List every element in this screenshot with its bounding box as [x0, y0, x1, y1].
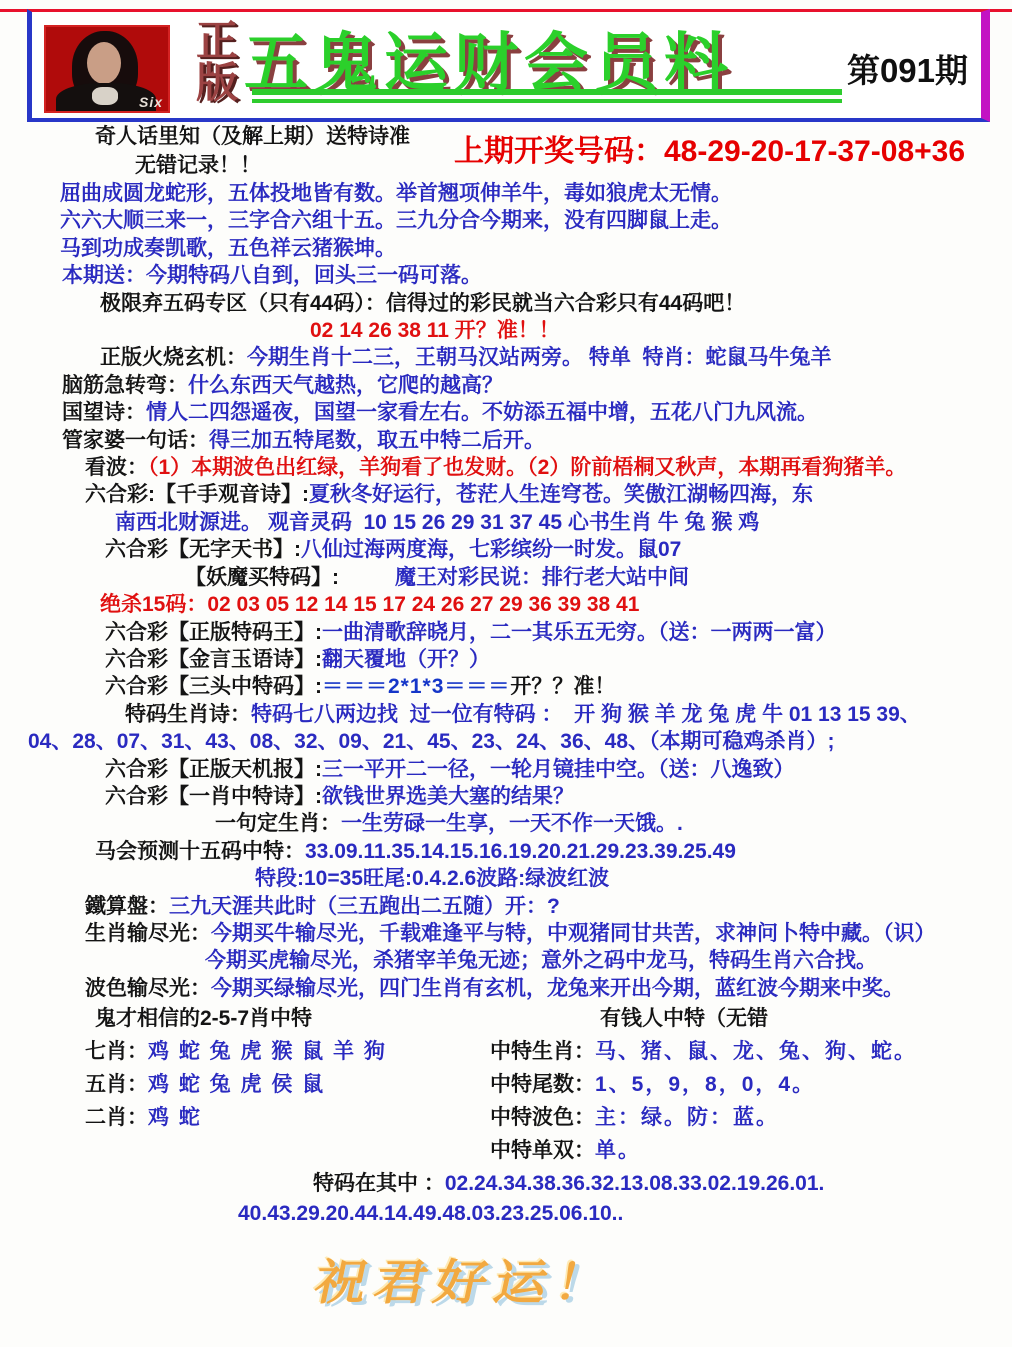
line-label: 六合彩【正版天机报】: [105, 758, 322, 781]
bose-shujinguang-line: 波色输尽光：今期买绿输尽光，四门生肖有玄机，龙兔来开出今期，蓝红波今期来中奖。 [85, 975, 1012, 1002]
row-text: 鸡 蛇 [148, 1106, 202, 1129]
santou-tema-line: 六合彩【三头中特码】:＝＝＝2*1*3＝＝＝开？？准！ [105, 673, 1012, 700]
shujinguang-line-2: 今期买虎输尽光，杀猪宰羊兔无迹；意外之码中龙马，特码生肖六合找。 [205, 947, 1012, 974]
line-text: 欲钱世界选美大塞的结果？ [322, 785, 574, 808]
line-label: 马会预测十五码中特： [95, 840, 305, 863]
zhongte-weishu-row: 中特尾数：1、5，9，8，0，4。 [490, 1071, 917, 1098]
host-photo: Six [44, 25, 170, 113]
line-label: 六合彩【三头中特码】: [105, 675, 322, 698]
line-label: 鐵算盤： [85, 895, 169, 918]
intro-left-block: 奇人话里知（及解上期）送特诗准 无错记录！！ [0, 122, 432, 180]
line-text: 一生劳碌一生享，一天不作一天饿。. [341, 812, 683, 835]
tema-shengxiao-poem-line: 特码生肖诗：特码七八两边找 过一位有特码 ： 开 狗 猴 羊 龙 兔 虎 牛 0… [125, 701, 1012, 728]
line-text: 南西北财源进。 观音灵码 10 15 26 29 31 37 45 心书生肖 牛… [115, 511, 759, 534]
line-text: 魔王对彩民说：排行老大站中间 [395, 566, 689, 589]
poem-line-2: 六六大顺三来一，三字合六组十五。三九分合今期来，没有四脚鼠上走。 [60, 207, 1012, 234]
temawang-line: 六合彩【正版特码王】:一曲清歌辞晓月，二一其乐五无穷。（送：一两两一富） [105, 619, 1012, 646]
mahui-15-line: 马会预测十五码中特：33.09.11.35.14.15.16.19.20.21.… [95, 838, 1012, 865]
row-text: 1、5，9，8，0，4。 [595, 1073, 815, 1096]
poem-line-1: 屈曲成圆龙蛇形，五体投地皆有数。举首翘项伸羊牛，毒如狼虎太无情。 [60, 180, 1012, 207]
row-label: 中特尾数： [490, 1073, 595, 1096]
line-text: 情人二四怨遥夜，国望一家看左右。不妨添五福中增，五花八门九风流。 [146, 401, 818, 424]
line-label: 六合彩【正版特码王】: [105, 621, 322, 644]
jinyan-yuyu-line: 六合彩【金言玉语诗】:翻天覆地（开？） [105, 646, 1012, 673]
title-underline-1 [252, 89, 842, 95]
line-label: 国望诗： [62, 401, 146, 424]
line-text: 六六大顺三来一，三字合六组十五。三九分合今期来，没有四脚鼠上走。 [60, 209, 732, 232]
line-text: 三九天涯共此时（三五跑出二五随）开：? [169, 895, 560, 918]
row-label: 中特波色： [490, 1106, 595, 1129]
line-label: 特码在其中 ： [313, 1172, 445, 1195]
right-picks-column: 有钱人中特（无错 中特生肖：马、猪、鼠、龙、兔、狗、蛇。 中特尾数：1、5，9，… [490, 1005, 917, 1164]
benqisong-line: 本期送：今期特码八自到，回头三一码可落。 [62, 262, 1012, 289]
tema-in-list-line: 特码在其中 ：02.24.34.38.36.32.13.08.33.02.19.… [313, 1170, 1012, 1197]
last-draw-numbers: 上期开奖号码：48-29-20-17-37-08+36 [454, 126, 965, 170]
line-text: 特码七八两边找 过一位有特码 ： 开 狗 猴 羊 龙 兔 虎 牛 01 13 1… [251, 703, 921, 726]
line-label: 特码生肖诗： [125, 703, 251, 726]
photo-watermark: Six [139, 94, 163, 110]
left-picks-column: 鬼才相信的2-5-7肖中特 七肖：鸡 蛇 兔 虎 猴 鼠 羊 狗 五肖：鸡 蛇 … [85, 1005, 460, 1164]
intro-row: 奇人话里知（及解上期）送特诗准 无错记录！！ 上期开奖号码：48-29-20-1… [0, 122, 1012, 180]
row-label: 中特生肖： [490, 1040, 595, 1063]
row-label: 二肖： [85, 1106, 148, 1129]
line-text: 一曲清歌辞晓月，二一其乐五无穷。（送：一两两一富） [322, 621, 837, 644]
line-label: 【妖魔买特码】: [185, 566, 339, 589]
line-text: 绝杀15码：02 03 05 12 14 15 17 24 26 27 29 3… [100, 593, 639, 616]
row-text: 主：绿。防：蓝。 [595, 1106, 779, 1129]
edition-vertical-label: 正版 [190, 18, 238, 102]
qixiao-row: 七肖：鸡 蛇 兔 虎 猴 鼠 羊 狗 [85, 1038, 460, 1065]
line-label: 六合彩:【千手观音诗】: [85, 483, 309, 506]
line-text: 极限弃五码专区（只有44码）：信得过的彩民就当六合彩只有44码吧！ [100, 292, 745, 315]
yiju-ding-shengxiao-line: 一句定生肖：一生劳碌一生享，一天不作一天饿。. [215, 810, 1012, 837]
masthead: Six 正版 五鬼运财会员料 第091期 [27, 9, 990, 122]
line-label: 生肖输尽光： [85, 922, 211, 945]
tip-sheet-page: Six 正版 五鬼运财会员料 第091期 奇人话里知（及解上期）送特诗准 无错记… [0, 0, 1012, 1347]
teduan-line: 特段:10=35旺尾:0.4.2.6波路:绿波红波 [255, 865, 1012, 892]
line-text: 今期买绿输尽光，四门生肖有玄机，龙兔来开出今期，蓝红波今期来中奖。 [211, 977, 904, 1000]
zhongte-bose-row: 中特波色：主：绿。防：蓝。 [490, 1104, 917, 1131]
issue-number: 第091期 [847, 45, 968, 92]
naojin-line: 脑筋急转弯：什么东西天气越热，它爬的越高？ [62, 372, 1012, 399]
line-label: 正版火烧玄机： [100, 346, 247, 369]
line-text: 屈曲成圆龙蛇形，五体投地皆有数。举首翘项伸羊牛，毒如狼虎太无情。 [60, 182, 732, 205]
line-text: 翻天覆地（开？） [322, 648, 490, 671]
yaomo-tema-line: 【妖魔买特码】:魔王对彩民说：排行老大站中间 [185, 564, 1012, 591]
line-label: 管家婆一句话： [62, 429, 209, 452]
qianshou-guanyin-line: 六合彩:【千手观音诗】:夏秋冬好运行，苍茫人生连穹苍。笑傲江湖畅四海，东 [85, 481, 1012, 508]
line-tail-text: 开？？准！ [510, 675, 615, 698]
sheet-body: 奇人话里知（及解上期）送特诗准 无错记录！！ 上期开奖号码：48-29-20-1… [0, 122, 1012, 1316]
shengxiao-shujinguang-line: 生肖输尽光：今期买牛输尽光，千载难逢平与特，中观猪同甘共苦，求神问卜特中藏。（识… [85, 920, 1012, 947]
line-text: 马到功成奏凯歌，五色祥云猪猴坤。 [60, 237, 396, 260]
line-label: 波色输尽光： [85, 977, 211, 1000]
tiesuanpan-line: 鐵算盤：三九天涯共此时（三五跑出二五随）开：? [85, 893, 1012, 920]
line-text: 什么东西天气越热，它爬的越高？ [188, 374, 503, 397]
line-text: 今期买牛输尽光，千载难逢平与特，中观猪同甘共苦，求神问卜特中藏。（识） [211, 922, 936, 945]
picks-columns: 鬼才相信的2-5-7肖中特 七肖：鸡 蛇 兔 虎 猴 鼠 羊 狗 五肖：鸡 蛇 … [0, 1005, 1012, 1164]
tema-in-list-line-2: 40.43.29.20.44.14.49.48.03.23.25.06.10.. [238, 1200, 1012, 1227]
good-luck-watermark: 祝君好运！ [309, 1244, 624, 1313]
left-column-header: 鬼才相信的2-5-7肖中特 [95, 1005, 460, 1032]
line-text: （1）本期波色出红绿，羊狗看了也发财。（2）阶前梧桐又秋声，本期再看狗猪羊。 [148, 456, 906, 479]
yixiao-zhongte-line: 六合彩【一肖中特诗】:欲钱世界选美大塞的结果？ [105, 783, 1012, 810]
zhongte-shengxiao-row: 中特生肖：马、猪、鼠、龙、兔、狗、蛇。 [490, 1038, 917, 1065]
guanyin-lingma-line: 南西北财源进。 观音灵码 10 15 26 29 31 37 45 心书生肖 牛… [115, 509, 1012, 536]
line-text: 八仙过海两度海，七彩缤纷一时发。鼠07 [301, 538, 681, 561]
erxiao-row: 二肖：鸡 蛇 [85, 1104, 460, 1131]
jixian-44-line: 极限弃五码专区（只有44码）：信得过的彩民就当六合彩只有44码吧！ [100, 290, 1012, 317]
line-text: 夏秋冬好运行，苍茫人生连穹苍。笑傲江湖畅四海，东 [309, 483, 813, 506]
five-codes-red-line: 02 14 26 38 11 开？准！！ [310, 317, 1012, 344]
guowang-poem-line: 国望诗：情人二四怨遥夜，国望一家看左右。不妨添五福中增，五花八门九风流。 [62, 399, 1012, 426]
row-text: 鸡 蛇 兔 虎 猴 鼠 羊 狗 [148, 1040, 387, 1063]
blue-bars-symbols: ＝＝＝2*1*3＝＝＝ [322, 675, 510, 698]
line-label: 看波： [85, 456, 148, 479]
poem-line-3: 马到功成奏凯歌，五色祥云猪猴坤。 [60, 235, 1012, 262]
intro-line-2: 无错记录！！ [135, 151, 432, 180]
juesha-15-line: 绝杀15码：02 03 05 12 14 15 17 24 26 27 29 3… [100, 591, 1012, 618]
right-column-header: 有钱人中特（无错 [600, 1005, 917, 1032]
line-label: 一句定生肖： [215, 812, 341, 835]
guanjiapo-line: 管家婆一句话：得三加五特尾数，取五中特二后开。 [62, 427, 1012, 454]
huoshao-xuanji-line: 正版火烧玄机：今期生肖十二三，王朝马汉站两旁。 特单 特肖：蛇鼠马牛兔羊 [100, 344, 1012, 371]
kanbo-line: 看波：（1）本期波色出红绿，羊狗看了也发财。（2）阶前梧桐又秋声，本期再看狗猪羊… [85, 454, 1012, 481]
row-text: 马、猪、鼠、龙、兔、狗、蛇。 [595, 1040, 917, 1063]
row-label: 七肖： [85, 1040, 148, 1063]
line-label: 六合彩【无字天书】: [105, 538, 301, 561]
intro-line-1: 奇人话里知（及解上期）送特诗准 [95, 122, 432, 151]
line-text: 04、28、07、31、43、08、32、09、21、45、23、24、36、4… [28, 730, 835, 753]
line-text: 得三加五特尾数，取五中特二后开。 [209, 429, 545, 452]
wuzi-tianshu-line: 六合彩【无字天书】:八仙过海两度海，七彩缤纷一时发。鼠07 [105, 536, 1012, 563]
line-text: 02.24.34.38.36.32.13.08.33.02.19.26.01. [445, 1172, 825, 1195]
row-text: 单。 [595, 1139, 641, 1162]
row-label: 五肖： [85, 1073, 148, 1096]
photo-collar-shape [92, 87, 118, 105]
zhongte-danshuang-row: 中特单双：单。 [490, 1137, 917, 1164]
wuxiao-row: 五肖：鸡 蛇 兔 虎 侯 鼠 [85, 1071, 460, 1098]
line-text: 33.09.11.35.14.15.16.19.20.21.29.23.39.2… [305, 840, 736, 863]
row-label: 中特单双： [490, 1139, 595, 1162]
line-label: 六合彩【金言玉语诗】: [105, 648, 322, 671]
line-label: 脑筋急转弯： [62, 374, 188, 397]
line-text: 今期买虎输尽光，杀猪宰羊兔无迹；意外之码中龙马，特码生肖六合找。 [205, 949, 877, 972]
line-text: 40.43.29.20.44.14.49.48.03.23.25.06.10.. [238, 1202, 623, 1225]
line-text: 特段:10=35旺尾:0.4.2.6波路:绿波红波 [255, 867, 609, 890]
photo-face-shape [87, 42, 121, 84]
tema-numbers-wrap-line: 04、28、07、31、43、08、32、09、21、45、23、24、36、4… [28, 728, 1012, 755]
line-text: 今期生肖十二三，王朝马汉站两旁。 特单 特肖：蛇鼠马牛兔羊 [247, 346, 832, 369]
tianjibao-line: 六合彩【正版天机报】:三一平开二一径，一轮月镜挂中空。（送：八逸致） [105, 756, 1012, 783]
line-text: 本期送：今期特码八自到，回头三一码可落。 [62, 264, 482, 287]
line-text: 02 14 26 38 11 开？准！！ [310, 319, 560, 342]
line-label: 六合彩【一肖中特诗】: [105, 785, 322, 808]
row-text: 鸡 蛇 兔 虎 侯 鼠 [148, 1073, 325, 1096]
line-text: 三一平开二一径，一轮月镜挂中空。（送：八逸致） [322, 758, 795, 781]
title-underline-2 [252, 99, 842, 103]
